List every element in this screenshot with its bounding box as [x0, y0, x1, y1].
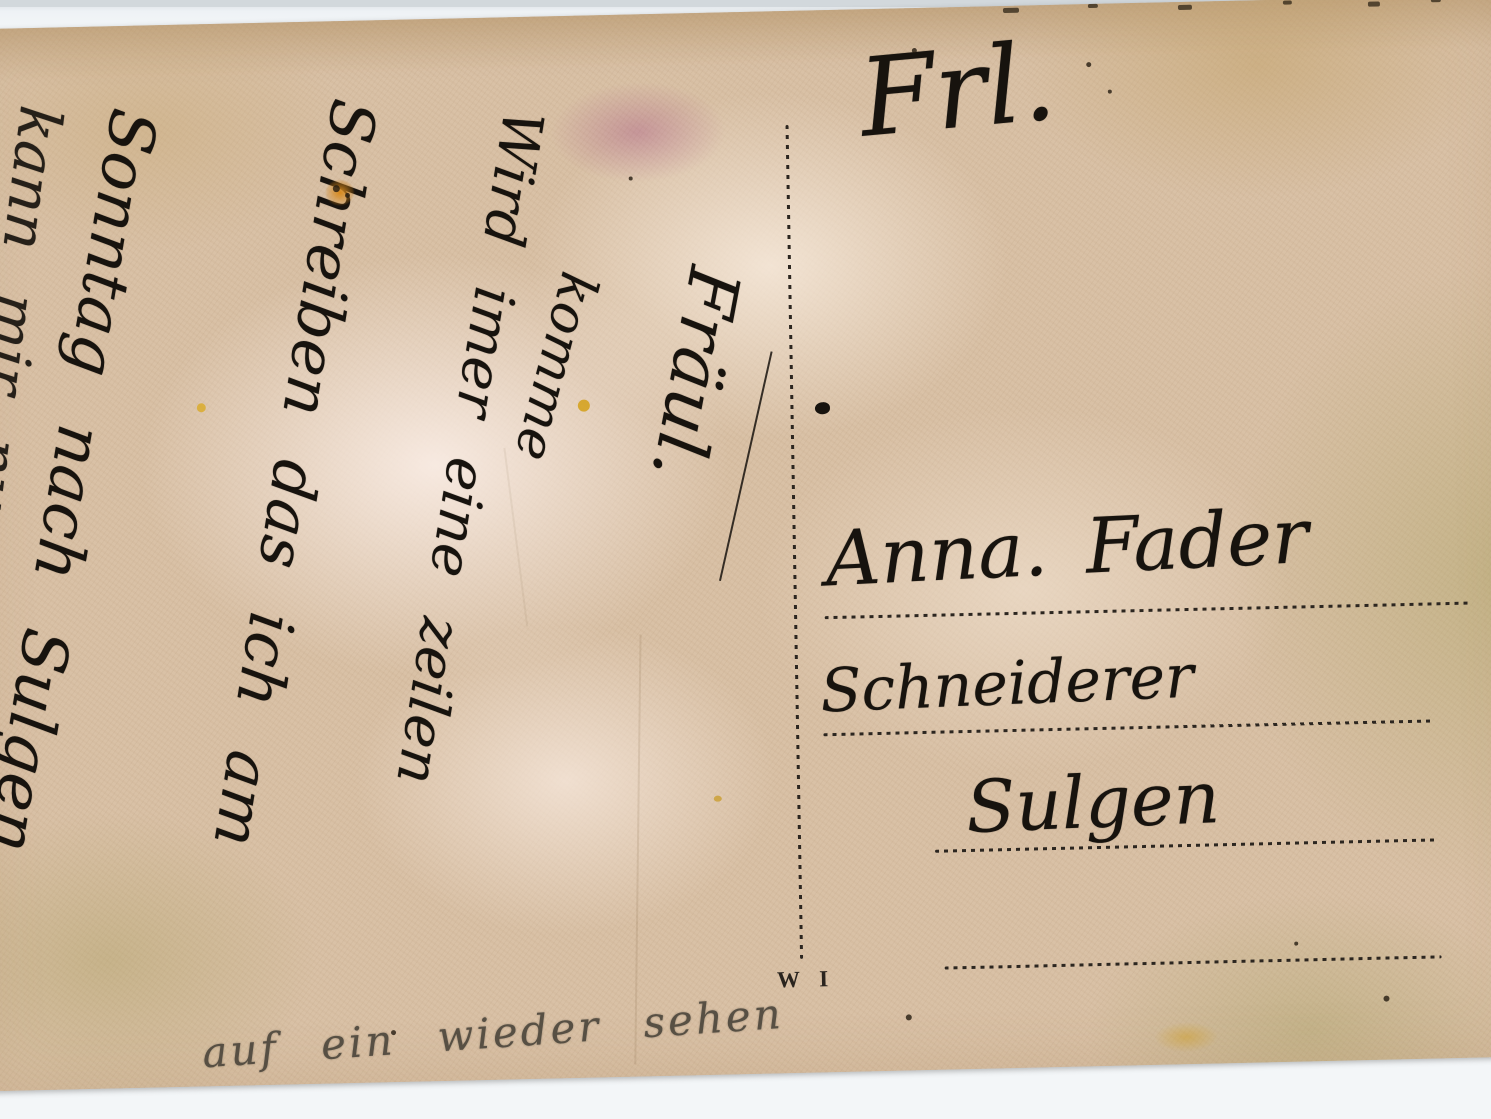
yellow-stain-bottom	[1154, 1021, 1219, 1052]
crease-line	[503, 448, 528, 627]
top-edge-chip	[1431, 0, 1441, 2]
purple-stain	[550, 80, 727, 184]
yellow-speck	[714, 796, 722, 802]
ink-blot	[815, 402, 830, 414]
top-edge-chip	[1003, 8, 1019, 13]
address-dotted-line-4	[945, 955, 1442, 969]
salutation-frl-handwriting: Frl.	[855, 28, 1060, 154]
farewell-handwriting: auf ein wieder sehen	[201, 993, 785, 1075]
paper-speck	[1108, 90, 1112, 94]
yellow-speck	[197, 403, 206, 412]
paper-speck	[345, 193, 350, 198]
addressee-name-handwriting: Anna. Fader	[824, 498, 1310, 598]
address-divider-dotted-line	[786, 125, 804, 959]
top-edge-chip	[1368, 1, 1380, 6]
address-dotted-line-1	[825, 602, 1473, 620]
top-edge-chip	[1178, 5, 1192, 10]
top-edge-chip	[1088, 4, 1098, 8]
printer-mark: W I	[777, 966, 836, 993]
paper-speck	[629, 176, 633, 180]
yellow-speck	[578, 399, 590, 411]
paper-speck	[1383, 995, 1389, 1001]
paper-speck	[391, 1030, 396, 1035]
paper-speck	[1294, 942, 1298, 946]
top-edge-chip	[1283, 0, 1292, 4]
postcard: kann mir nun Sonntag nach Sulgen Schreib…	[0, 0, 1491, 1091]
message-line-handwriting: Fräul.	[641, 262, 749, 485]
paper-speck	[1086, 62, 1091, 67]
paper-speck	[906, 1014, 912, 1020]
message-line-handwriting: Schreiben das ich am	[204, 95, 385, 851]
addressee-occupation-handwriting: Schneiderer	[819, 647, 1195, 722]
paper-speck	[912, 48, 917, 53]
addressee-town-handwriting: Sulgen	[965, 761, 1221, 843]
